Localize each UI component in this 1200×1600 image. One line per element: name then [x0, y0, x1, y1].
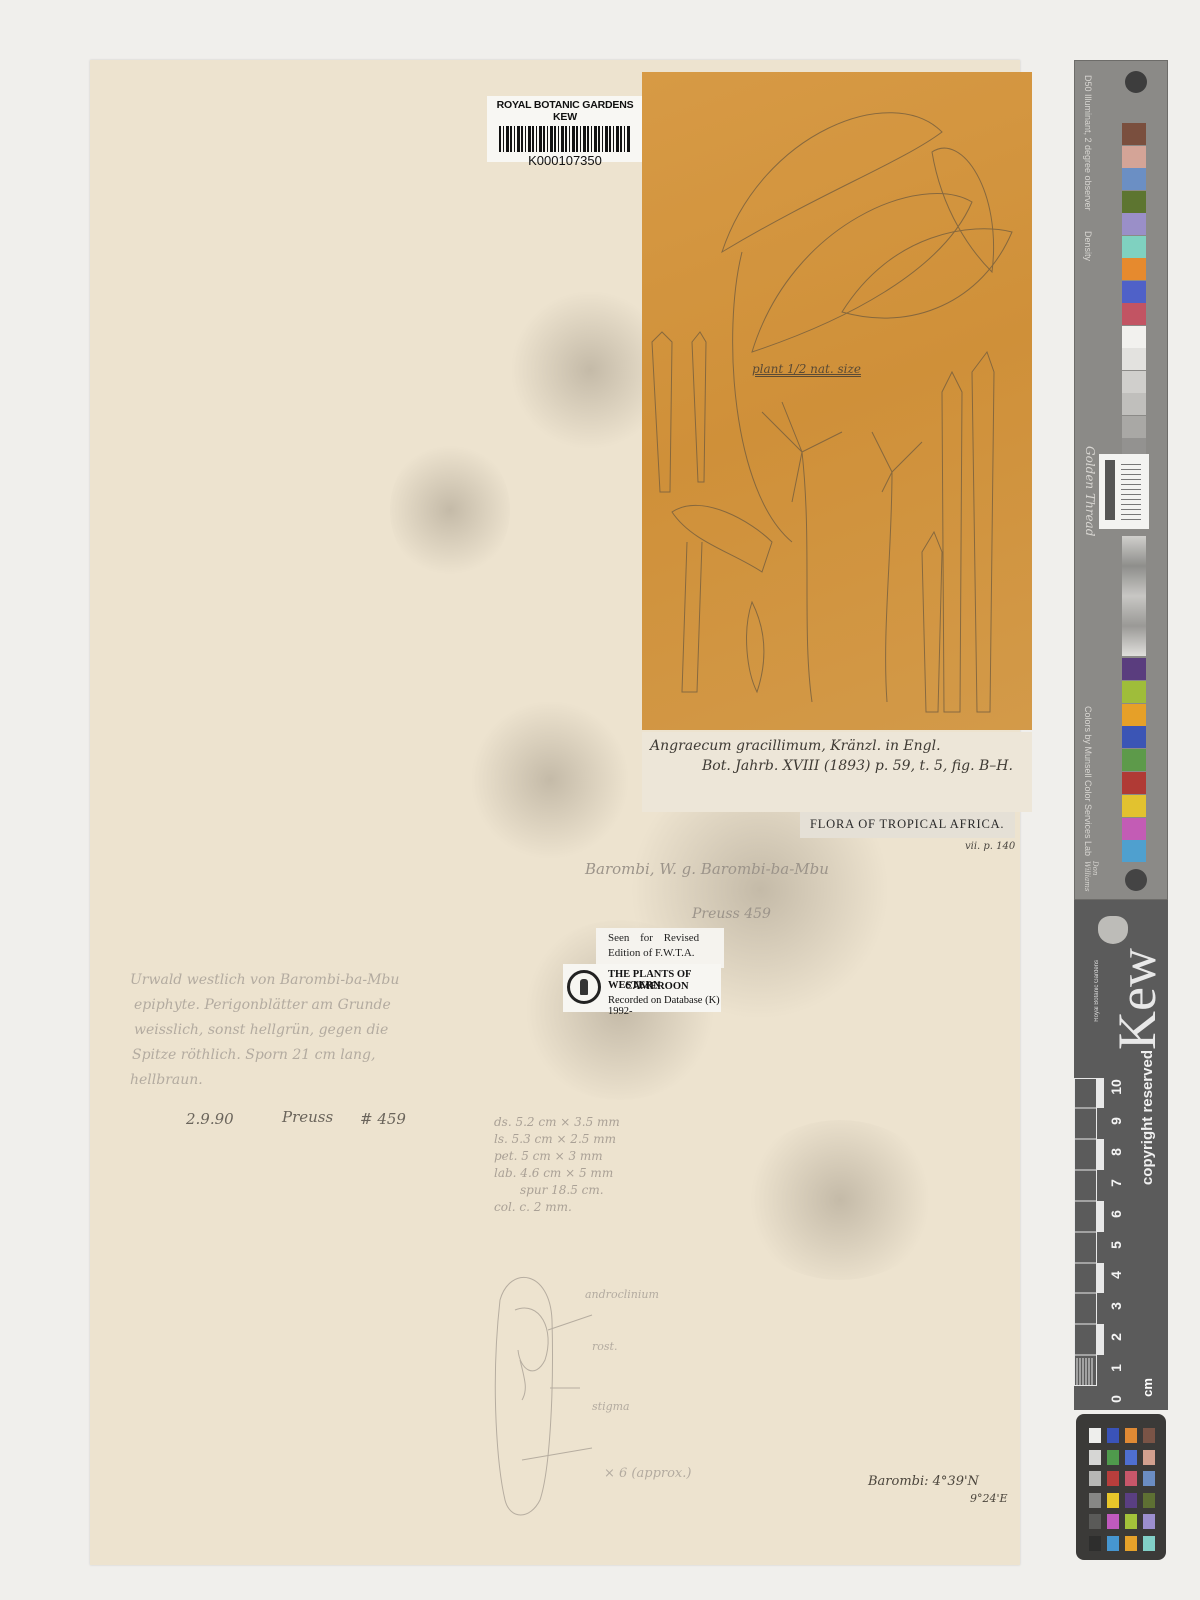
density-label: Density	[1083, 231, 1093, 261]
checker-cell	[1089, 1536, 1101, 1551]
cm-unit-label: cm	[1140, 1378, 1155, 1397]
collector-note-line: hellbraun.	[130, 1068, 490, 1093]
cm-tick-label: 9	[1108, 1117, 1124, 1125]
coordinates-latitude: Barombi: 4°39'N	[868, 1474, 979, 1489]
cm-tick-label: 3	[1108, 1302, 1124, 1310]
cm-tick-label: 1	[1108, 1364, 1124, 1372]
collector-note-line: weisslich, sonst hellgrün, gegen die	[130, 1018, 490, 1043]
collector-note-line: epiphyte. Perigonblätter am Grunde	[130, 993, 490, 1018]
color-patch	[1122, 704, 1146, 726]
color-patch	[1122, 326, 1146, 348]
barcode-icon	[499, 126, 631, 152]
measurement-line: pet. 5 cm × 3 mm	[494, 1148, 620, 1165]
database-label-line-2: CAMEROON	[625, 981, 689, 992]
measurement-line: spur 18.5 cm.	[494, 1182, 620, 1199]
kew-organization-label: Royal Botanic Gardens	[1094, 960, 1100, 1022]
checker-cell	[1107, 1493, 1119, 1508]
illuminant-label: D50 Illuminant, 2 degree observer	[1083, 75, 1093, 211]
color-patch	[1122, 681, 1146, 703]
sketch-label-stigma: stigma	[592, 1400, 630, 1413]
checker-cell	[1125, 1471, 1137, 1486]
checker-cell	[1143, 1514, 1155, 1529]
flora-label: FLORA OF TROPICAL AFRICA.	[800, 812, 1015, 838]
cm-tick-label: 6	[1108, 1210, 1124, 1218]
color-patch	[1122, 772, 1146, 794]
locality-note-line-1: Barombi, W. g. Barombi-ba-Mbu	[585, 860, 829, 878]
collector-note-line: Urwald westlich von Barombi-ba-Mbu	[130, 968, 490, 993]
checker-cell	[1089, 1450, 1101, 1465]
botanical-illustration: plant 1/2 nat. size	[642, 72, 1032, 730]
checker-cell	[1089, 1428, 1101, 1443]
color-patch	[1122, 393, 1146, 415]
herbarium-logo-icon	[567, 970, 601, 1004]
checker-cell	[1089, 1471, 1101, 1486]
identification-label: Angraecum gracillimum, Kränzl. in Engl. …	[642, 732, 1032, 812]
identification-line-1: Angraecum gracillimum, Kränzl. in Engl.	[650, 738, 941, 754]
color-patch	[1122, 281, 1146, 303]
checker-cell	[1125, 1536, 1137, 1551]
seen-label-line-2: Edition of F.W.T.A.	[608, 947, 695, 959]
barcode-number: K000107350	[487, 153, 643, 168]
seen-for-revision-label: Seen for Revised Edition of F.W.T.A.	[596, 928, 724, 968]
registration-dot-icon	[1125, 71, 1147, 93]
color-patch	[1122, 146, 1146, 168]
measurement-line: col. c. 2 mm.	[494, 1199, 620, 1216]
checker-cell	[1089, 1514, 1101, 1529]
color-patch	[1122, 818, 1146, 840]
scale-bar-card: Royal Botanic Gardens Kew copyright rese…	[1074, 900, 1168, 1410]
measurement-line: ls. 5.3 cm × 2.5 mm	[494, 1131, 620, 1148]
resolution-target-icon	[1099, 454, 1149, 529]
color-patch	[1122, 123, 1146, 145]
locality-note-line-2: Preuss 459	[692, 906, 771, 922]
checker-cell	[1143, 1493, 1155, 1508]
flora-label-text: FLORA OF TROPICAL AFRICA.	[810, 817, 1004, 832]
color-patch	[1122, 726, 1146, 748]
color-patch	[1122, 795, 1146, 817]
collector-name: Preuss	[282, 1108, 333, 1126]
sketch-magnification: × 6 (approx.)	[604, 1466, 691, 1481]
color-patch	[1122, 658, 1146, 680]
color-patch	[1122, 213, 1146, 235]
color-checker-card	[1076, 1414, 1166, 1560]
color-calibration-bar: D50 Illuminant, 2 degree observer Densit…	[1074, 60, 1168, 900]
checker-cell	[1143, 1450, 1155, 1465]
copyright-label: copyright reserved	[1139, 1050, 1156, 1185]
cm-tick-label: 8	[1108, 1148, 1124, 1156]
color-patch	[1122, 416, 1146, 438]
collection-date: 2.9.90	[186, 1110, 234, 1128]
checker-cell	[1125, 1514, 1137, 1529]
color-patch	[1122, 236, 1146, 258]
checker-cell	[1107, 1471, 1119, 1486]
scale-note: plant 1/2 nat. size	[752, 362, 861, 376]
centimeter-scale-icon	[1074, 1078, 1104, 1386]
color-patch	[1122, 168, 1146, 190]
checker-cell	[1107, 1536, 1119, 1551]
color-patch	[1122, 191, 1146, 213]
checker-cell	[1143, 1536, 1155, 1551]
sketch-label-androclinium: androclinium	[585, 1288, 659, 1301]
cm-tick-label: 2	[1108, 1333, 1124, 1341]
orchid-drawing-icon	[642, 72, 1032, 730]
color-patch	[1122, 749, 1146, 771]
coordinates-longitude: 9°24'E	[970, 1492, 1008, 1505]
institution-name: ROYAL BOTANIC GARDENS KEW	[487, 99, 643, 123]
identification-line-2: Bot. Jahrb. XVIII (1893) p. 59, t. 5, fi…	[702, 758, 1013, 774]
database-label: THE PLANTS OF WESTERN CAMEROON Recorded …	[563, 964, 721, 1012]
collection-number: # 459	[360, 1110, 406, 1128]
barcode-label: ROYAL BOTANIC GARDENS KEW K000107350	[487, 96, 643, 162]
checker-cell	[1089, 1493, 1101, 1508]
cm-tick-label: 5	[1108, 1241, 1124, 1249]
checker-cell	[1125, 1450, 1137, 1465]
checker-cell	[1125, 1428, 1137, 1443]
collector-notes: Urwald westlich von Barombi-ba-Mbu epiph…	[130, 968, 490, 1093]
checker-cell	[1143, 1428, 1155, 1443]
color-patch	[1122, 303, 1146, 325]
color-patch	[1122, 371, 1146, 393]
cm-tick-label: 0	[1108, 1395, 1124, 1403]
column-sketch-icon	[480, 1270, 680, 1530]
registration-dot-icon	[1125, 869, 1147, 891]
texture-strip	[1122, 536, 1146, 656]
measurement-line: ds. 5.2 cm × 3.5 mm	[494, 1114, 620, 1131]
cm-tick-label: 7	[1108, 1179, 1124, 1187]
volume-reference: vii. p. 140	[965, 841, 1015, 852]
color-patch	[1122, 840, 1146, 862]
checker-cell	[1107, 1450, 1119, 1465]
collector-note-line: Spitze röthlich. Sporn 21 cm lang,	[130, 1043, 490, 1068]
checker-cell	[1107, 1428, 1119, 1443]
checker-cell	[1143, 1471, 1155, 1486]
measurements: ds. 5.2 cm × 3.5 mm ls. 5.3 cm × 2.5 mm …	[494, 1114, 620, 1216]
brand-label: Golden Thread	[1083, 446, 1097, 536]
color-patch	[1122, 258, 1146, 280]
signature-label: Don Williams	[1083, 861, 1099, 899]
centimeter-labels: 0 1 2 3 4 5 6 7 8 9 10	[1110, 1075, 1134, 1415]
cm-tick-label: 4	[1108, 1271, 1124, 1279]
seen-label-line-1: Seen for Revised	[608, 932, 699, 944]
measurement-line: lab. 4.6 cm × 5 mm	[494, 1165, 620, 1182]
cm-tick-label: 10	[1108, 1079, 1124, 1095]
royal-crest-icon	[1098, 916, 1128, 944]
credit-label: Colors by Munsell Color Services Lab	[1083, 706, 1093, 856]
sketch-label-rostellum: rost.	[592, 1340, 617, 1353]
kew-logo: Kew	[1106, 948, 1168, 1050]
checker-cell	[1125, 1493, 1137, 1508]
database-label-line-3: Recorded on Database (K) 1992-	[608, 995, 721, 1017]
color-patch	[1122, 348, 1146, 370]
checker-cell	[1107, 1514, 1119, 1529]
